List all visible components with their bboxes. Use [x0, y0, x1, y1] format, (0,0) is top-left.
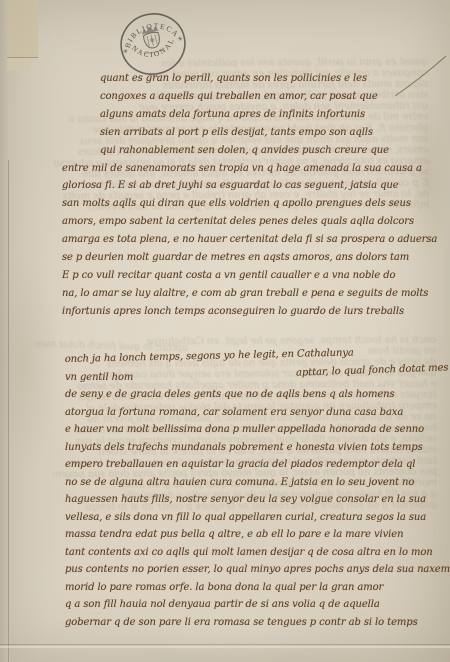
manuscript-line: lunyats dels trafechs mundanals pobremen… — [65, 439, 448, 457]
bottom-edge-highlight — [0, 646, 450, 648]
manuscript-paragraph-1: quant es gran lo perill, quants son les … — [62, 70, 448, 321]
manuscript-paragraph-2: onch ja ha lonch temps, segons yo he leg… — [65, 351, 448, 631]
manuscript-line: E p co vull recitar quant costa a vn gen… — [62, 267, 448, 285]
manuscript-line: empero treballauen en aquistar la gracia… — [65, 456, 448, 474]
manuscript-line: de seny e de gracia deles gents que no d… — [65, 386, 448, 404]
manuscript-line: qui rahonablement sen dolen, q anvides p… — [62, 142, 448, 160]
fold-crease — [8, 160, 9, 662]
bottom-crease — [0, 644, 450, 645]
manuscript-line: tant contents axi co aqlls qui molt lame… — [65, 544, 448, 562]
manuscript-line: gloriosa fi. E si ab dret juyhi sa esgua… — [62, 177, 448, 195]
manuscript-line-left: vn gentil hom — [65, 369, 133, 387]
manuscript-line: na, lo amar se luy alaltre, e com ab gra… — [62, 285, 448, 303]
manuscript-line: vn gentil homapttar, lo qual fonch dotat… — [65, 369, 448, 387]
manuscript-line: se p deurien molt guardar de metres en a… — [62, 249, 448, 267]
corner-repair-patch-small — [7, 58, 31, 71]
manuscript-line: no se de alguna altra hauien cura comuna… — [65, 474, 448, 492]
manuscript-line: alguns amats dela fortuna apres de infin… — [62, 106, 448, 124]
manuscript-line: morid lo pare romas orfe. la bona dona l… — [65, 579, 448, 597]
manuscript-line: haguessen hauts fills, nostre senyor deu… — [65, 491, 448, 509]
manuscript-line: sien arribats al port p ells desijat, ta… — [62, 124, 448, 142]
manuscript-line: congoxes a aquells qui treballen en amor… — [62, 88, 448, 106]
manuscript-line: q a son fill hauia nol denyaua partir de… — [65, 596, 448, 614]
manuscript-line: pus contents no porien esser, lo qual mi… — [65, 561, 448, 579]
manuscript-line: infortunis apres lonch temps aconseguire… — [62, 303, 448, 321]
manuscript-line: quant es gran lo perill, quants son les … — [28, 57, 428, 71]
stamp-left-star-icon: ✳ — [122, 48, 128, 56]
manuscript-line: san molts aqlls qui diran que ells voldr… — [62, 195, 448, 213]
stamp-right-star-icon: ✳ — [177, 35, 183, 43]
manuscript-line: atorgua la fortuna romana, car solament … — [65, 404, 448, 422]
manuscript-line: e hauer vna molt bellissima dona p mulle… — [65, 421, 448, 439]
corner-repair-patch — [7, 0, 38, 58]
manuscript-line: amarga es tota plena, e no hauer certeni… — [62, 231, 448, 249]
manuscript-line: entre mil de sanenamorats sen tropia vn … — [62, 160, 448, 178]
manuscript-line: gobernar q de son pare li era romasa se … — [65, 614, 448, 632]
manuscript-scan: quant es gran lo perill, quants son les … — [0, 0, 450, 662]
manuscript-line: quant es gran lo perill, quants son les … — [62, 70, 448, 88]
manuscript-line: amors, empo sabent la certenitat deles p… — [62, 213, 448, 231]
manuscript-line: massa tendra edat pus bella q altre, e a… — [65, 526, 448, 544]
manuscript-line: vellesa, e sils dona vn fill lo qual app… — [65, 509, 448, 527]
